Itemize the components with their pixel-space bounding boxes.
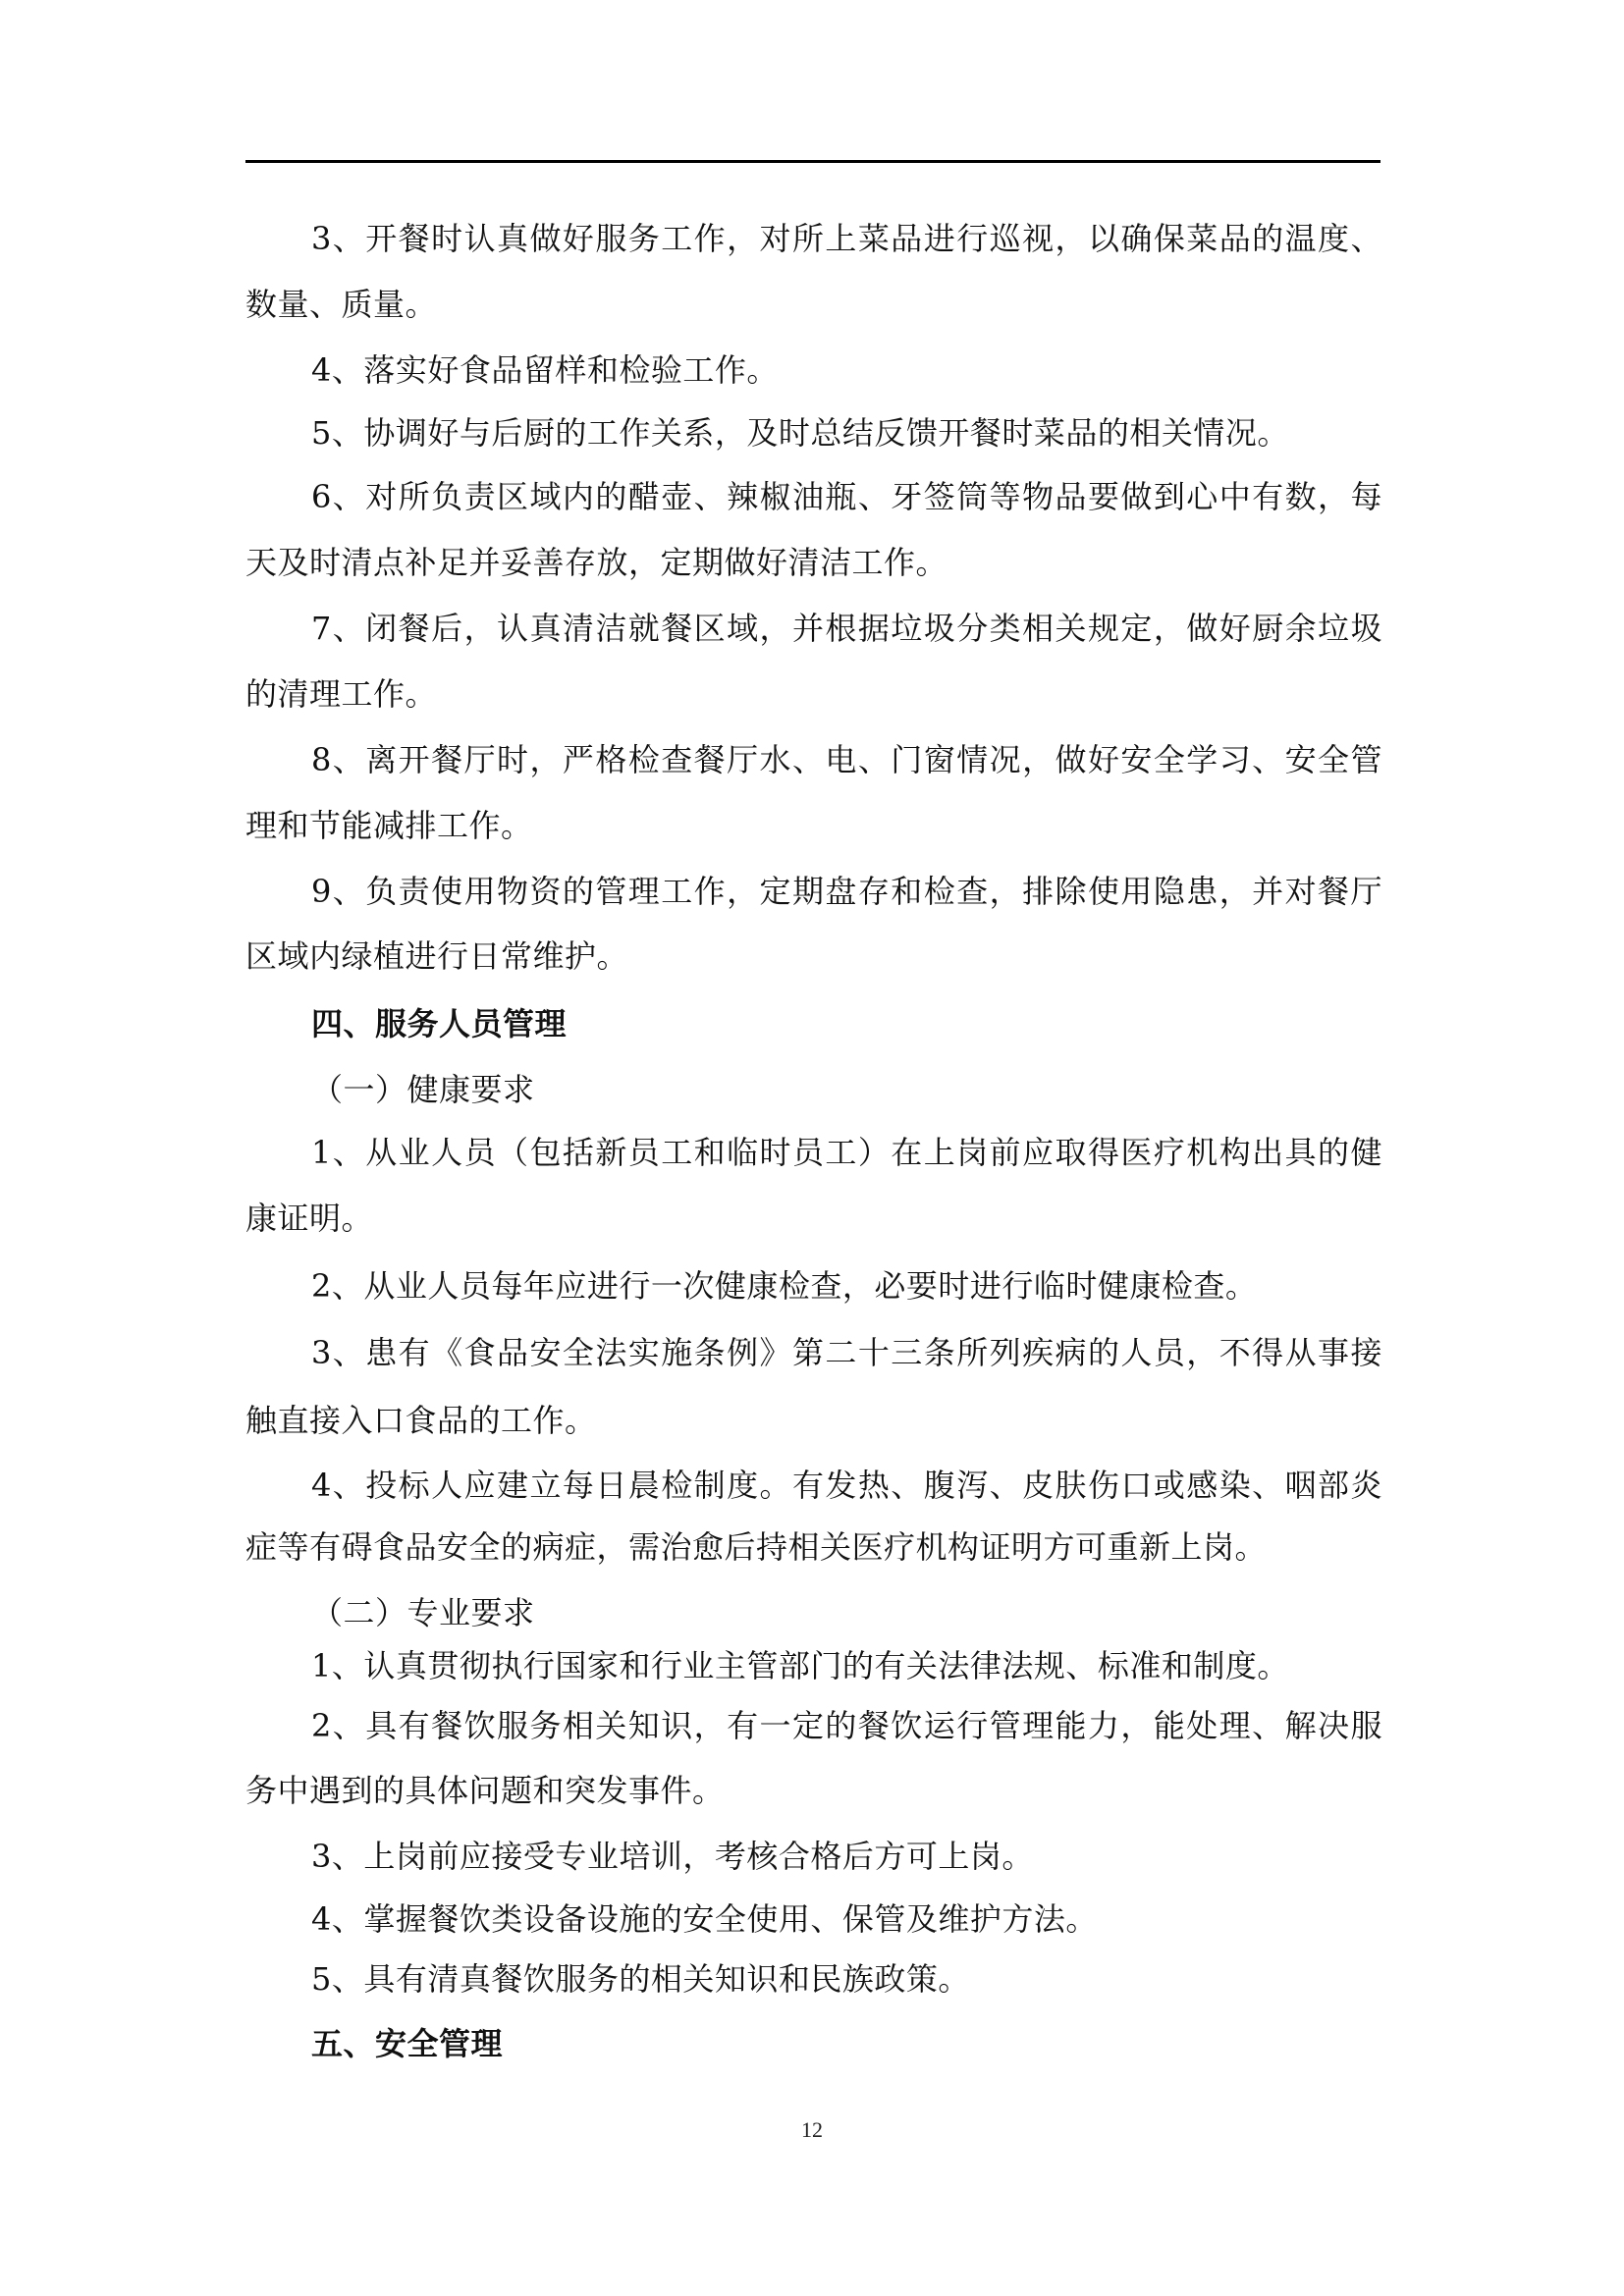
paragraph-first-line: 3、开餐时认真做好服务工作，对所上菜品进行巡视，以确保菜品的温度、 [245,219,1382,258]
page-number: 12 [763,2117,861,2143]
paragraph-continuation-line: 务中遇到的具体问题和突发事件。 [245,1771,1382,1810]
paragraph-continuation-line: 触直接入口食品的工作。 [245,1401,1382,1440]
paragraph-continuation-line: 理和节能减排工作。 [245,806,1382,845]
paragraph-first-line: 6、对所负责区域内的醋壶、辣椒油瓶、牙签筒等物品要做到心中有数，每 [245,477,1382,516]
paragraph-first-line: 4、掌握餐饮类设备设施的安全使用、保管及维护方法。 [245,1899,1382,1939]
paragraph-continuation-line: 康证明。 [245,1199,1382,1238]
paragraph-first-line: 8、离开餐厅时，严格检查餐厅水、电、门窗情况，做好安全学习、安全管 [245,740,1382,779]
paragraph-continuation-line: 天及时清点补足并妥善存放，定期做好清洁工作。 [245,543,1382,582]
paragraph-first-line: 3、上岗前应接受专业培训，考核合格后方可上岗。 [245,1837,1382,1876]
paragraph-first-line: 4、落实好食品留样和检验工作。 [245,350,1382,390]
paragraph-first-line: 5、具有清真餐饮服务的相关知识和民族政策。 [245,1959,1382,1999]
subsection-heading: （一）健康要求 [245,1070,1382,1109]
paragraph-first-line: 4、投标人应建立每日晨检制度。有发热、腹泻、皮肤伤口或感染、咽部炎 [245,1466,1382,1505]
paragraph-first-line: 3、患有《食品安全法实施条例》第二十三条所列疾病的人员，不得从事接 [245,1333,1382,1372]
paragraph-first-line: 1、从业人员（包括新员工和临时员工）在上岗前应取得医疗机构出具的健 [245,1133,1382,1172]
paragraph-continuation-line: 数量、质量。 [245,285,1382,324]
paragraph-continuation-line: 区域内绿植进行日常维护。 [245,936,1382,976]
subsection-heading: （二）专业要求 [245,1593,1382,1632]
paragraph-first-line: 2、具有餐饮服务相关知识，有一定的餐饮运行管理能力，能处理、解决服 [245,1706,1382,1745]
section-heading: 五、安全管理 [245,2024,1382,2063]
paragraph-first-line: 7、闭餐后，认真清洁就餐区域，并根据垃圾分类相关规定，做好厨余垃圾 [245,609,1382,648]
paragraph-first-line: 9、负责使用物资的管理工作，定期盘存和检查，排除使用隐患，并对餐厅 [245,872,1382,911]
paragraph-continuation-line: 的清理工作。 [245,674,1382,714]
paragraph-first-line: 5、协调好与后厨的工作关系，及时总结反馈开餐时菜品的相关情况。 [245,413,1382,453]
paragraph-first-line: 1、认真贯彻执行国家和行业主管部门的有关法律法规、标准和制度。 [245,1646,1382,1685]
section-heading: 四、服务人员管理 [245,1004,1382,1043]
paragraph-first-line: 2、从业人员每年应进行一次健康检查，必要时进行临时健康检查。 [245,1266,1382,1306]
paragraph-continuation-line: 症等有碍食品安全的病症，需治愈后持相关医疗机构证明方可重新上岗。 [245,1527,1382,1567]
header-rule [245,160,1380,163]
